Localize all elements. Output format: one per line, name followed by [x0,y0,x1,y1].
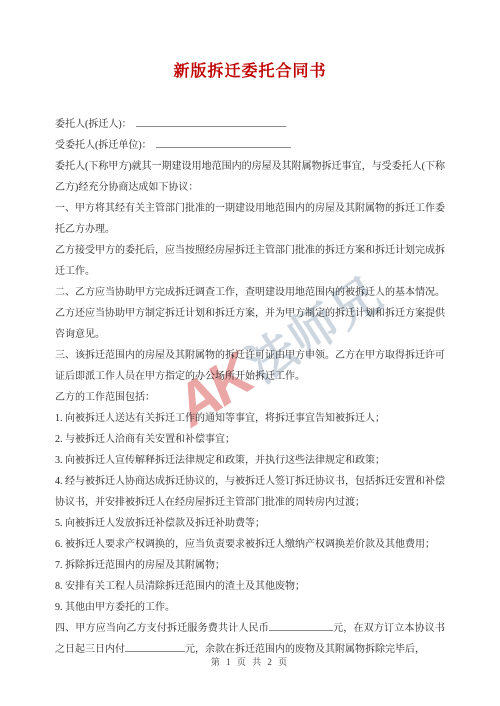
page-title: 新版拆迁委托合同书 [0,60,500,84]
initial-payment-input-blank[interactable] [125,640,185,652]
contract-body: 委托人(拆迁人)： 受委托人(拆迁单位)： 委托人(下称甲方)就其一期建设用地范… [55,114,445,660]
paragraph: 9. 其他由甲方委托的工作。 [55,597,445,618]
consignee-label: 受委托人(拆迁单位)： [55,140,152,151]
consignee-input-blank[interactable] [156,136,291,148]
paragraph: 1. 向被拆迁人送达有关拆迁工作的通知等事宜，将拆迁事宜告知被拆迁人； [55,408,445,429]
paragraph: 6. 被拆迁人要求产权调换的，应当负责要求被拆迁人缴纳产权调换差价款及其他费用； [55,534,445,555]
clause4-paragraph: 四、甲方应当向乙方支付拆迁服务费共计人民币元，在双方订立本协议书之日起三日内付元… [55,618,445,660]
paragraph: 8. 安排有关工程人员清除拆迁范围内的渣土及其他废物； [55,576,445,597]
page-number-footer: 第 1 页 共 2 页 [0,655,500,668]
paragraph: 2. 与被拆迁人洽商有关安置和补偿事宜； [55,429,445,450]
consignor-label: 委托人(拆迁人)： [55,119,132,130]
paragraph: 委托人(下称甲方)就其一期建设用地范围内的房屋及其附属物拆迁事宜，与受委托人(下… [55,156,445,198]
consignor-input-blank[interactable] [136,115,286,127]
consignee-field-line: 受委托人(拆迁单位)： [55,135,445,156]
total-fee-input-blank[interactable] [269,619,333,631]
paragraph: 二、乙方应当协助甲方完成拆迁调查工作，查明建设用地范围内的被拆迁人的基本情况。 [55,282,445,303]
paragraph: 乙方的工作范围包括： [55,387,445,408]
paragraph: 乙方还应当协助甲方制定拆迁计划和拆迁方案，并为甲方制定的拆迁计划和拆迁方案提供咨… [55,303,445,345]
clause4-text-3: 元，余款在拆迁范围内的废物及其附属物拆除完毕后， [185,644,425,655]
paragraph: 3. 向被拆迁人宣传解释拆迁法律规定和政策，并执行这些法律规定和政策； [55,450,445,471]
consignor-field-line: 委托人(拆迁人)： [55,114,445,135]
clause4-text-1: 四、甲方应当向乙方支付拆迁服务费共计人民币 [55,623,269,634]
paragraph: 一、甲方将其经有关主管部门批准的一期建设用地范围内的房屋及其附属物的拆迁工作委托… [55,198,445,240]
contract-page: AK 法师兄 新版拆迁委托合同书 委托人(拆迁人)： 受委托人(拆迁单位)： 委… [0,0,500,706]
paragraph: 三、该拆迁范围内的房屋及其附属物的拆迁许可证由甲方申领。乙方在甲方取得拆迁许可证… [55,345,445,387]
paragraph: 5. 向被拆迁人发放拆迁补偿款及拆迁补助费等； [55,513,445,534]
contract-paragraphs: 委托人(下称甲方)就其一期建设用地范围内的房屋及其附属物拆迁事宜，与受委托人(下… [55,156,445,618]
paragraph: 7. 拆除拆迁范围内的房屋及其附属物； [55,555,445,576]
paragraph: 乙方接受甲方的委托后，应当按照经房屋拆迁主管部门批准的拆迁方案和拆迁计划完成拆迁… [55,240,445,282]
paragraph: 4. 经与被拆迁人协商达成拆迁协议的，与被拆迁人签订拆迁协议书，包括拆迁安置和补… [55,471,445,513]
